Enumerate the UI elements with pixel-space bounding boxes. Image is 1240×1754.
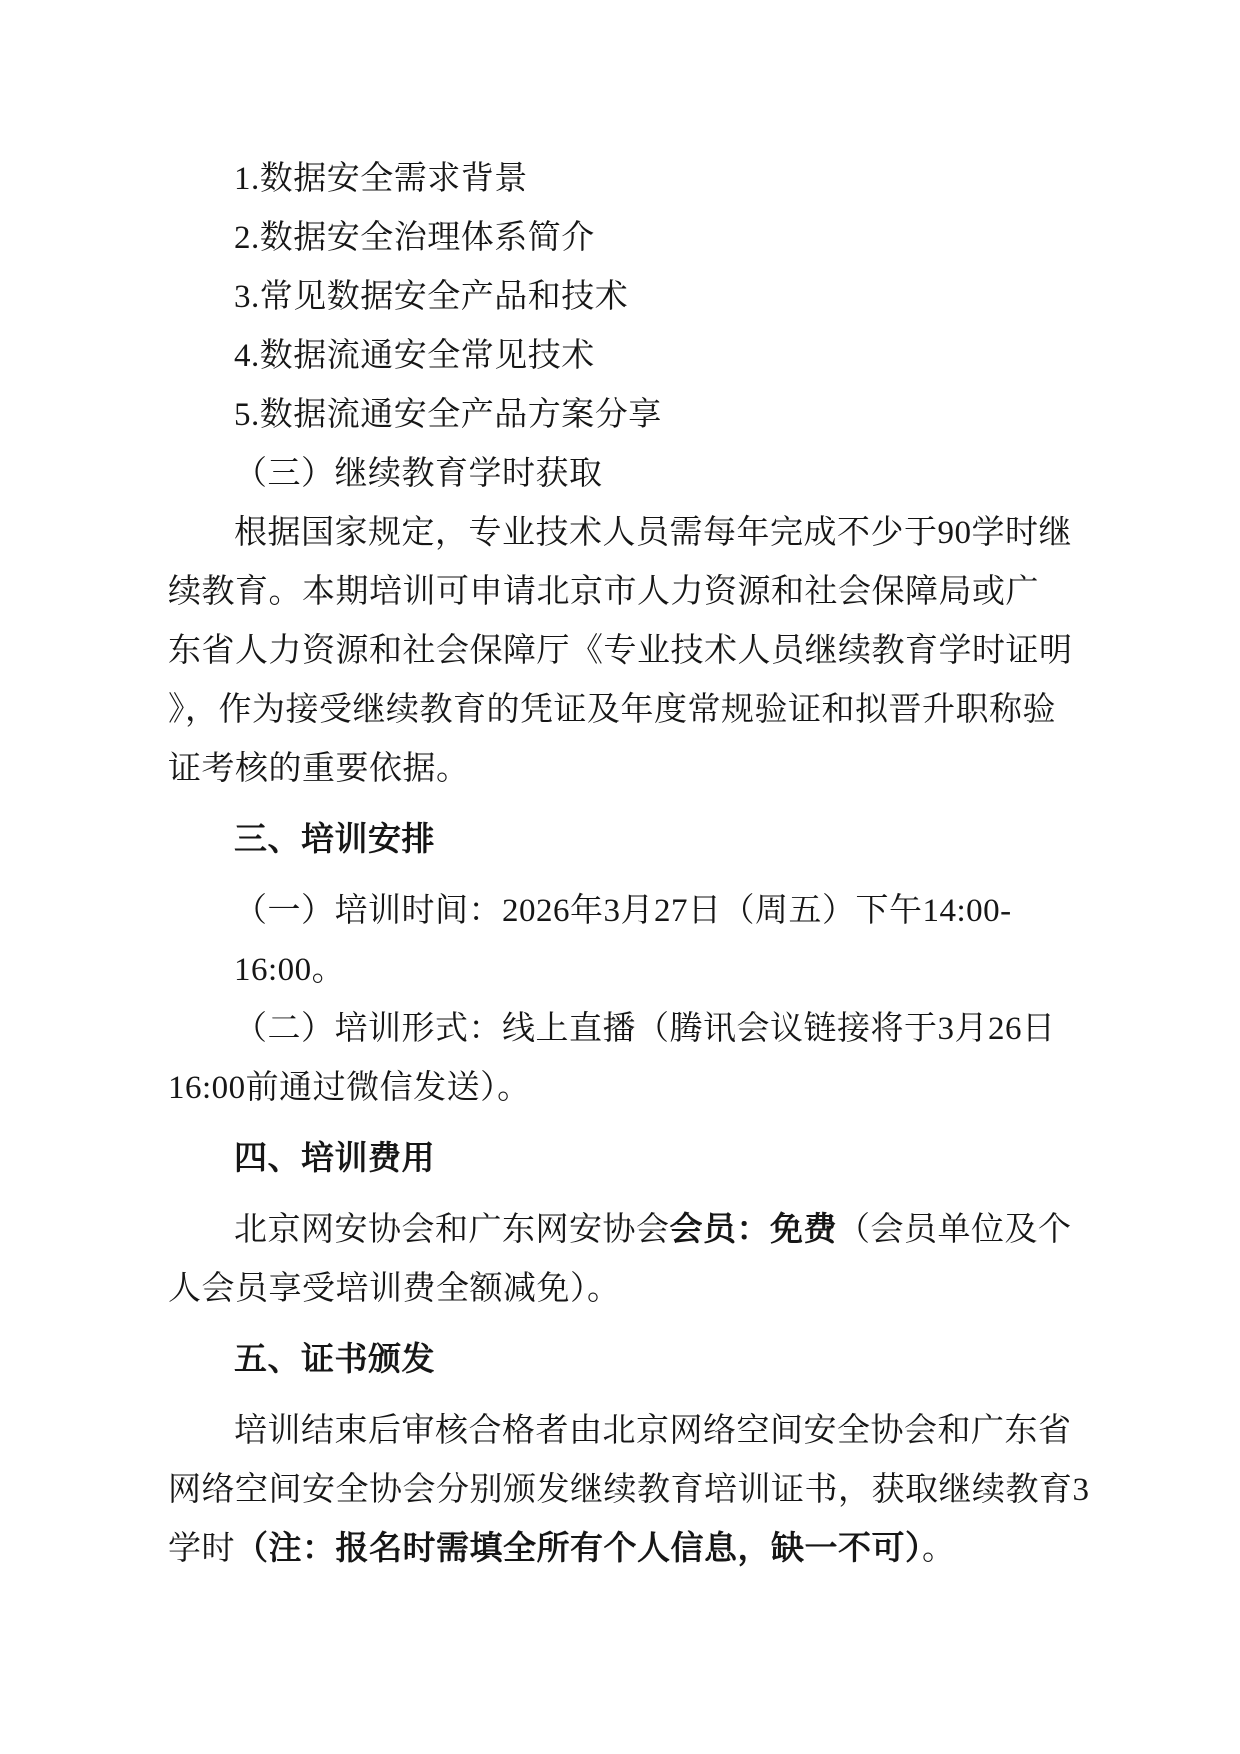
text-segment: 16:00。 [234, 952, 345, 988]
para-cert-line-3: 学时（注：报名时需填全所有个人信息，缺一不可）。 [168, 1520, 1178, 1579]
text-segment: 学时 [168, 1531, 235, 1567]
text-segment: 东省人力资源和社会保障厅《专业技术人员继续教育学时证明 [168, 633, 1073, 669]
bold-text-segment: 四、培训费用 [234, 1141, 435, 1177]
text-segment: 》，作为接受继续教育的凭证及年度常规验证和拟晋升职称验 [168, 692, 1056, 728]
text-segment: 根据国家规定，专业技术人员需每年完成不少于90学时继 [234, 515, 1072, 551]
text-segment: 16:00前通过微信发送）。 [168, 1070, 531, 1106]
document-body: 1.数据安全需求背景2.数据安全治理体系简介3.常见数据安全产品和技术4.数据流… [168, 150, 1178, 1579]
text-segment: （二）培训形式：线上直播（腾讯会议链接将于3月26日 [234, 1011, 1056, 1047]
bold-text-segment: （注：报名时需填全所有个人信息，缺一不可） [235, 1531, 922, 1567]
bold-text-segment: 三、培训安排 [234, 822, 435, 858]
text-segment: 培训结束后审核合格者由北京网络空间安全协会和广东省 [234, 1413, 1072, 1449]
section-heading-3-schedule: 三、培训安排 [168, 811, 1178, 870]
outline-item-2: 2.数据安全治理体系简介 [168, 209, 1178, 268]
subsection-heading-credit-hours: （三）继续教育学时获取 [168, 445, 1178, 504]
section-heading-5-certificate: 五、证书颁发 [168, 1331, 1178, 1390]
text-segment: （三）继续教育学时获取 [234, 456, 603, 492]
para-credit-line-4: 》，作为接受继续教育的凭证及年度常规验证和拟晋升职称验 [168, 681, 1178, 740]
para-credit-line-5: 证考核的重要依据。 [168, 740, 1178, 799]
text-segment: 网络空间安全协会分别颁发继续教育培训证书，获取继续教育3 [168, 1472, 1090, 1508]
text-segment: 5.数据流通安全产品方案分享 [234, 397, 662, 433]
outline-item-3: 3.常见数据安全产品和技术 [168, 268, 1178, 327]
para-format-line-2: 16:00前通过微信发送）。 [168, 1059, 1178, 1118]
bold-text-segment: 五、证书颁发 [234, 1342, 435, 1378]
para-fee-line-2: 人会员享受培训费全额减免）。 [168, 1260, 1178, 1319]
outline-item-1: 1.数据安全需求背景 [168, 150, 1178, 209]
para-cert-line-2: 网络空间安全协会分别颁发继续教育培训证书，获取继续教育3 [168, 1461, 1178, 1520]
para-credit-line-1: 根据国家规定，专业技术人员需每年完成不少于90学时继 [168, 504, 1178, 563]
text-segment: 证考核的重要依据。 [168, 751, 470, 787]
bold-text-segment: 会员：免费 [670, 1212, 838, 1248]
text-segment: （一）培训时间：2026年3月27日（周五）下午14:00- [234, 893, 1012, 929]
para-cert-line-1: 培训结束后审核合格者由北京网络空间安全协会和广东省 [168, 1402, 1178, 1461]
para-time-line-2: 16:00。 [168, 941, 1178, 1000]
para-fee-line-1: 北京网安协会和广东网安协会会员：免费（会员单位及个 [168, 1201, 1178, 1260]
text-segment: 4.数据流通安全常见技术 [234, 338, 595, 374]
outline-item-4: 4.数据流通安全常见技术 [168, 327, 1178, 386]
text-segment: 2.数据安全治理体系简介 [234, 220, 595, 256]
document-page: 1.数据安全需求背景2.数据安全治理体系简介3.常见数据安全产品和技术4.数据流… [0, 0, 1240, 1754]
para-credit-line-2: 续教育。本期培训可申请北京市人力资源和社会保障局或广 [168, 563, 1178, 622]
text-segment: 续教育。本期培训可申请北京市人力资源和社会保障局或广 [168, 574, 1039, 610]
outline-item-5: 5.数据流通安全产品方案分享 [168, 386, 1178, 445]
text-segment: 。 [922, 1531, 956, 1567]
section-heading-4-fee: 四、培训费用 [168, 1130, 1178, 1189]
text-segment: 3.常见数据安全产品和技术 [234, 279, 628, 315]
para-credit-line-3: 东省人力资源和社会保障厅《专业技术人员继续教育学时证明 [168, 622, 1178, 681]
para-time-line-1: （一）培训时间：2026年3月27日（周五）下午14:00- [168, 882, 1178, 941]
text-segment: 1.数据安全需求背景 [234, 161, 528, 197]
text-segment: （会员单位及个 [837, 1212, 1072, 1248]
text-segment: 人会员享受培训费全额减免）。 [168, 1271, 621, 1307]
text-segment: 北京网安协会和广东网安协会 [234, 1212, 670, 1248]
para-format-line-1: （二）培训形式：线上直播（腾讯会议链接将于3月26日 [168, 1000, 1178, 1059]
